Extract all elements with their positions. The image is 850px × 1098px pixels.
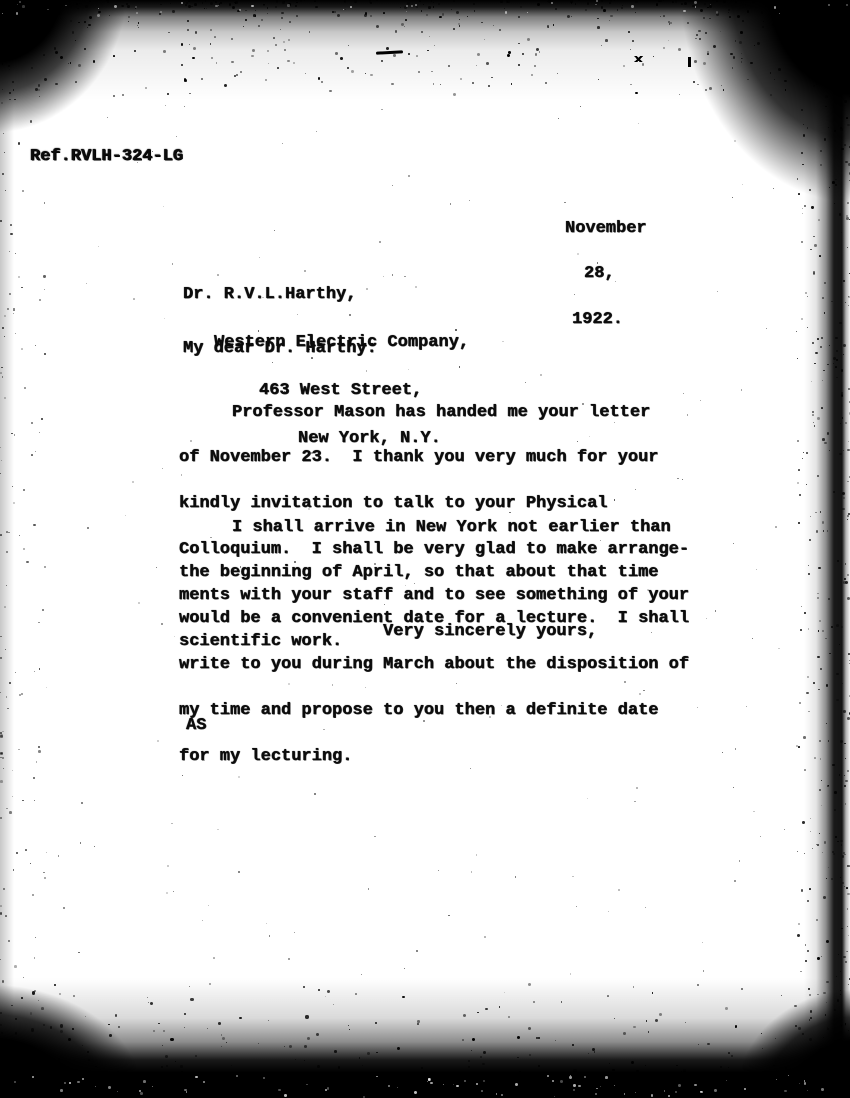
paragraph-line: the beginning of April, so that about th… (179, 565, 689, 580)
paragraph-line: Professor Mason has handed me your lette… (179, 405, 689, 420)
date-line: 28, (584, 266, 647, 281)
paragraph-line: for my lecturing. (179, 749, 689, 764)
salutation: My dear Dr. Harthy: (183, 341, 377, 356)
paragraph-line: of November 23. I thank you very much fo… (179, 450, 689, 465)
paragraph: I shall arrive in New York not earlier t… (179, 489, 689, 795)
letter-body: Ref.RVLH-324-LG November 28, 1922. Dr. R… (0, 0, 850, 1098)
date-block: November 28, 1922. (565, 190, 647, 358)
typist-initials: AS (186, 718, 206, 733)
date-line: November (565, 221, 647, 236)
complimentary-close: Very sincerely yours, (383, 624, 597, 639)
date-line: 1922. (572, 312, 647, 327)
paragraph-line: my time and propose to you then a defini… (179, 703, 689, 718)
reference-number: Ref.RVLH-324-LG (30, 149, 183, 164)
scanned-letter-page: Ref.RVLH-324-LG November 28, 1922. Dr. R… (0, 0, 850, 1098)
paragraph-line: write to you during March about the disp… (179, 657, 689, 672)
paragraph-line: I shall arrive in New York not earlier t… (179, 520, 689, 535)
address-line: Dr. R.V.L.Harthy, (183, 287, 469, 303)
